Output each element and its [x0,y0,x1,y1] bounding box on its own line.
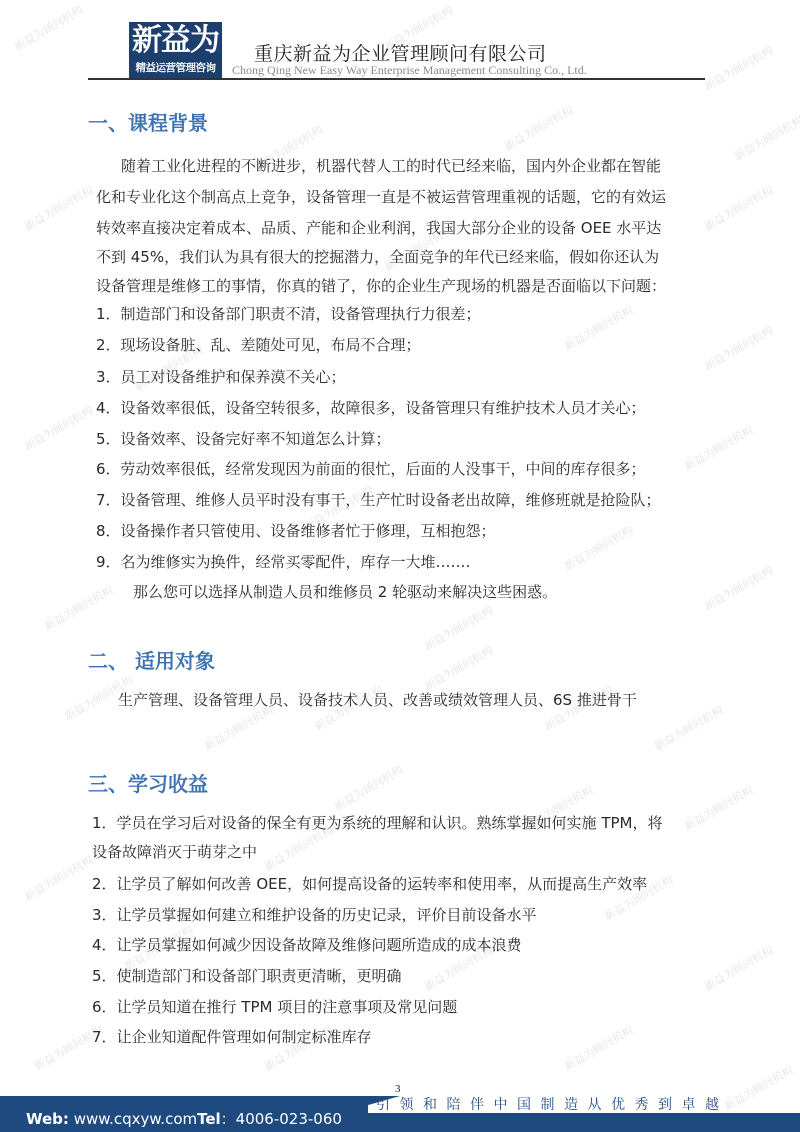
company-name-en: Chong Qing New Easy Way Enterprise Manag… [232,63,587,78]
footer-slogan: 引领和陪伴中国制造从优秀到卓越 [376,1094,729,1114]
footer-contact: Web: www.cqxyw.comTel：4006-023-060 [26,1108,342,1129]
benefit-item: 1．学员在学习后对设备的保全有更为系统的理解和认识。熟练掌握如何实施 TPM，将 [92,812,662,833]
tel-label: Tel [197,1110,221,1128]
footer-bar [368,1113,800,1132]
watermark: 新益为顾问机构 [701,562,776,614]
closing-statement: 那么您可以选择从制造人员和维修员 2 轮驱动来解决这些困惑。 [133,581,557,602]
section-heading-audience: 二、 适用对象 [88,645,215,674]
watermark: 新益为顾问机构 [731,112,800,164]
web-link[interactable]: www.cqxyw.com [69,1110,197,1128]
tel-number: ：4006-023-060 [221,1110,342,1128]
watermark: 新益为顾问机构 [41,582,116,634]
watermark: 新益为顾问机构 [331,762,406,814]
watermark: 新益为顾问机构 [21,852,96,904]
watermark: 新益为顾问机构 [21,402,96,454]
watermark: 新益为顾问机构 [561,302,636,354]
watermark: 新益为顾问机构 [561,1022,636,1074]
web-label: Web: [26,1110,69,1128]
benefit-item: 3．让学员掌握如何建立和维护设备的历史记录，评价目前设备水平 [92,904,537,925]
benefit-item: 6．让学员知道在推行 TPM 项目的注意事项及常见问题 [92,996,457,1017]
paragraph-line: 转效率直接决定着成本、品质、产能和企业利润，我国大部分企业的设备 OEE 水平达 [96,217,661,238]
logo-sub-text: 精益运营管理咨询 [131,60,220,76]
watermark: 新益为顾问机构 [701,942,776,994]
problem-item: 7．设备管理、维修人员平时没有事干，生产忙时设备老出故障，维修班就是抢险队； [96,489,661,510]
benefit-item: 7．让企业知道配件管理如何制定标准库存 [92,1026,372,1047]
watermark: 新益为顾问机构 [701,182,776,234]
paragraph-line: 设备管理是维修工的事情，你真的错了，你的企业生产现场的机器是否面临以下问题： [96,275,666,296]
paragraph-line: 随着工业化进程的不断进步，机器代替人工的时代已经来临，国内外企业都在智能 [121,155,661,176]
page-header: 新益为 精益运营管理咨询 重庆新益为企业管理顾问有限公司 Chong Qing … [0,0,800,82]
watermark: 新益为顾问机构 [501,102,576,154]
problem-item: 5．设备效率、设备完好率不知道怎么计算； [96,428,391,449]
problem-item: 8．设备操作者只管使用、设备维修者忙于修理，互相抱怨； [96,520,496,541]
header-divider [88,78,705,80]
logo-main-text: 新益为 [129,22,222,59]
problem-item: 3．员工对设备维护和保养漠不关心； [96,366,346,387]
problem-item: 1．制造部门和设备部门职责不清，设备管理执行力很差； [96,303,481,324]
watermark: 新益为顾问机构 [21,182,96,234]
watermark: 新益为顾问机构 [421,602,496,654]
watermark: 新益为顾问机构 [681,422,756,474]
company-name-cn: 重庆新益为企业管理顾问有限公司 [254,39,547,66]
section-heading-benefits: 三、学习收益 [88,768,208,797]
paragraph-line: 不到 45%，我们认为具有很大的挖掘潜力，全面竞争的年代已经来临，假如你还认为 [96,246,659,267]
benefit-item-continued: 设备故障消灭于萌芽之中 [92,841,257,862]
watermark: 新益为顾问机构 [681,782,756,834]
benefit-item: 5．使制造部门和设备部门职责更清晰，更明确 [92,965,402,986]
problem-item: 9．名为维修实为换件，经常买零配件，库存一大堆……. [96,551,470,572]
watermark: 新益为顾问机构 [561,522,636,574]
company-logo: 新益为 精益运营管理咨询 [129,22,222,78]
problem-item: 6．劳动效率很低，经常发现因为前面的很忙，后面的人没事干，中间的库存很多； [96,458,646,479]
watermark: 新益为顾问机构 [421,642,496,694]
section-heading-background: 一、课程背景 [88,107,208,136]
benefit-item: 4．让学员掌握如何减少因设备故障及维修问题所造成的成本浪费 [92,934,522,955]
benefit-item: 2．让学员了解如何改善 OEE，如何提高设备的运转率和使用率，从而提高生产效率 [92,873,647,894]
paragraph-line: 化和专业化这个制高点上竞争，设备管理一直是不被运营管理重视的话题，它的有效运 [96,186,666,207]
page-footer: Web: www.cqxyw.comTel：4006-023-060 引领和陪伴… [0,1096,800,1132]
watermark: 新益为顾问机构 [651,702,726,754]
audience-text: 生产管理、设备管理人员、设备技术人员、改善或绩效管理人员、6S 推进骨干 [118,689,637,710]
problem-item: 2．现场设备脏、乱、差随处可见，布局不合理； [96,334,421,355]
watermark: 新益为顾问机构 [701,322,776,374]
problem-item: 4．设备效率很低，设备空转很多，故障很多，设备管理只有维护技术人员才关心； [96,397,646,418]
